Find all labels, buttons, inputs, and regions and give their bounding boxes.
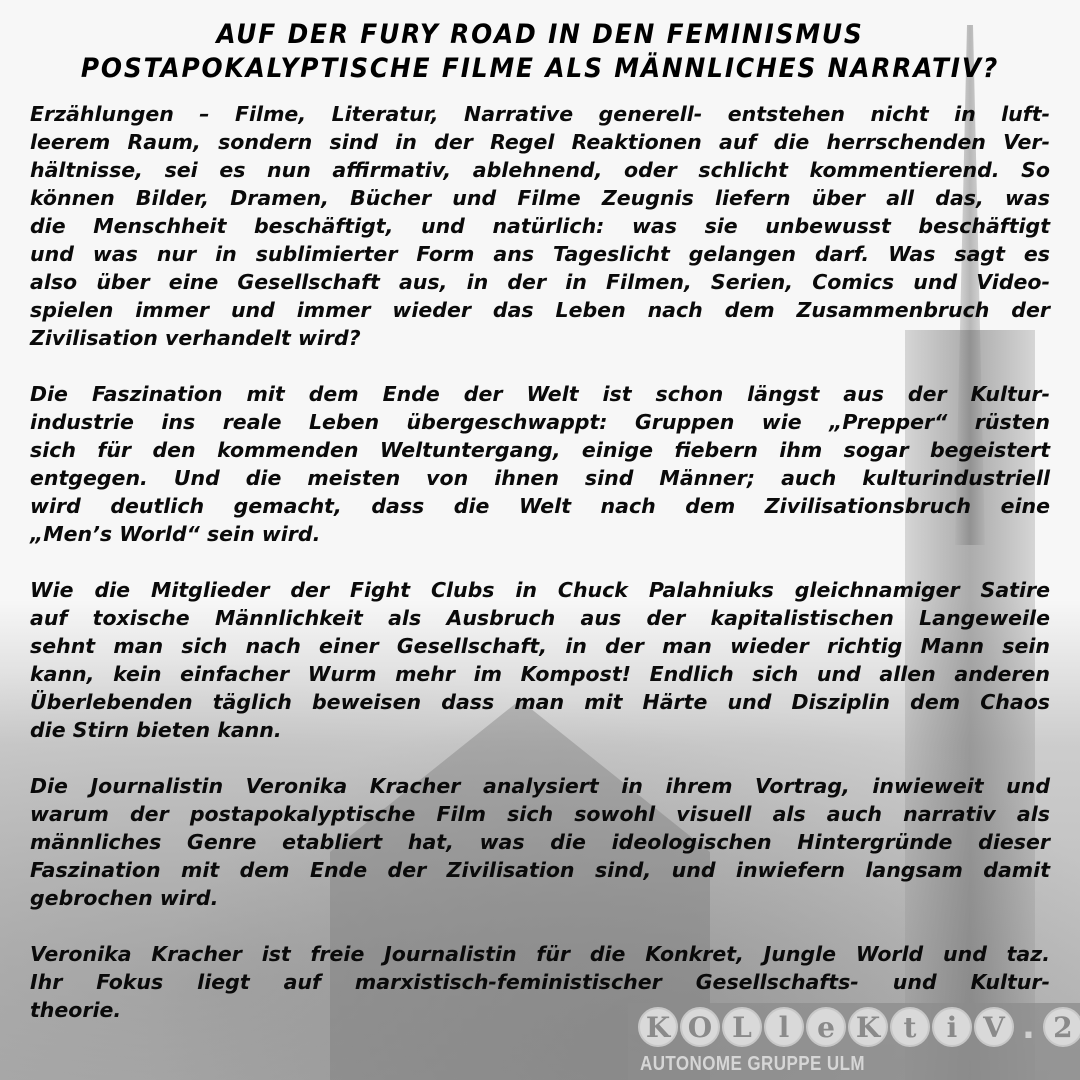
- paragraph: Die Faszination mit dem Ende der Welt is…: [30, 380, 1050, 548]
- poster-title: Auf der Fury Road in den Feminismus Post…: [43, 18, 1037, 86]
- text-line: hältnisse, sei es nun affirmativ, ablehn…: [30, 156, 1050, 184]
- kollektiv26-logo: KOLleKtiV.26 AUTONOME GRUPPE ULM: [628, 1003, 1080, 1080]
- text-line: Ihr Fokus liegt auf marxistisch-feminist…: [30, 968, 1050, 996]
- logo-letter-badge: K: [848, 1007, 888, 1047]
- paragraph: Wie die Mitglieder der Fight Clubs in Ch…: [30, 576, 1050, 744]
- title-line-1: Auf der Fury Road in den Feminismus: [43, 18, 1037, 52]
- logo-letter-badge: l: [764, 1007, 804, 1047]
- logo-wordmark: KOLleKtiV.26: [638, 1007, 1080, 1047]
- text-line: Erzählungen – Filme, Literatur, Narrativ…: [30, 100, 1050, 128]
- logo-letter-badge: K: [638, 1007, 678, 1047]
- text-line: wird deutlich gemacht, dass die Welt nac…: [30, 492, 1050, 520]
- body-text: Erzählungen – Filme, Literatur, Narrativ…: [30, 100, 1050, 1052]
- text-line: sich für den kommenden Weltuntergang, ei…: [30, 436, 1050, 464]
- logo-letter-badge: t: [890, 1007, 930, 1047]
- text-line: können Bilder, Dramen, Bücher und Filme …: [30, 184, 1050, 212]
- text-line: die Menschheit beschäftigt, und natürlic…: [30, 212, 1050, 240]
- text-line: Veronika Kracher ist freie Journalistin …: [30, 940, 1050, 968]
- text-line: „Men’s World“ sein wird.: [30, 520, 1050, 548]
- text-line: Wie die Mitglieder der Fight Clubs in Ch…: [30, 576, 1050, 604]
- text-line: industrie ins reale Leben übergeschwappt…: [30, 408, 1050, 436]
- text-line: warum der postapokalyptische Film sich s…: [30, 800, 1050, 828]
- text-line: kann, kein einfacher Wurm mehr im Kompos…: [30, 660, 1050, 688]
- text-line: leerem Raum, sondern sind in der Regel R…: [30, 128, 1050, 156]
- logo-letter-badge: e: [806, 1007, 846, 1047]
- text-line: also über eine Gesellschaft aus, in der …: [30, 268, 1050, 296]
- text-line: entgegen. Und die meisten von ihnen sind…: [30, 464, 1050, 492]
- text-line: Die Faszination mit dem Ende der Welt is…: [30, 380, 1050, 408]
- logo-number-badge: 2: [1043, 1007, 1080, 1047]
- text-line: gebrochen wird.: [30, 884, 1050, 912]
- text-line: spielen immer und immer wieder das Leben…: [30, 296, 1050, 324]
- title-line-2: Postapokalyptische Filme als Männliches …: [43, 52, 1037, 86]
- text-line: sehnt man sich nach einer Gesellschaft, …: [30, 632, 1050, 660]
- text-line: Zivilisation verhandelt wird?: [30, 324, 1050, 352]
- text-line: und was nur in sublimierter Form ans Tag…: [30, 240, 1050, 268]
- logo-letter-badge: O: [680, 1007, 720, 1047]
- text-line: Faszination mit dem Ende der Zivilisatio…: [30, 856, 1050, 884]
- logo-letter-badge: V: [974, 1007, 1014, 1047]
- logo-letter-badge: L: [722, 1007, 762, 1047]
- text-line: die Stirn bieten kann.: [30, 716, 1050, 744]
- text-line: auf toxische Männlichkeit als Ausbruch a…: [30, 604, 1050, 632]
- text-line: Die Journalistin Veronika Kracher analys…: [30, 772, 1050, 800]
- logo-dot: .: [1022, 1007, 1035, 1047]
- paragraph: Erzählungen – Filme, Literatur, Narrativ…: [30, 100, 1050, 352]
- text-line: Überlebenden täglich beweisen dass man m…: [30, 688, 1050, 716]
- text-line: männliches Genre etabliert hat, was die …: [30, 828, 1050, 856]
- paragraph: Die Journalistin Veronika Kracher analys…: [30, 772, 1050, 912]
- logo-letter-badge: i: [932, 1007, 972, 1047]
- logo-subtitle: AUTONOME GRUPPE ULM: [640, 1053, 865, 1076]
